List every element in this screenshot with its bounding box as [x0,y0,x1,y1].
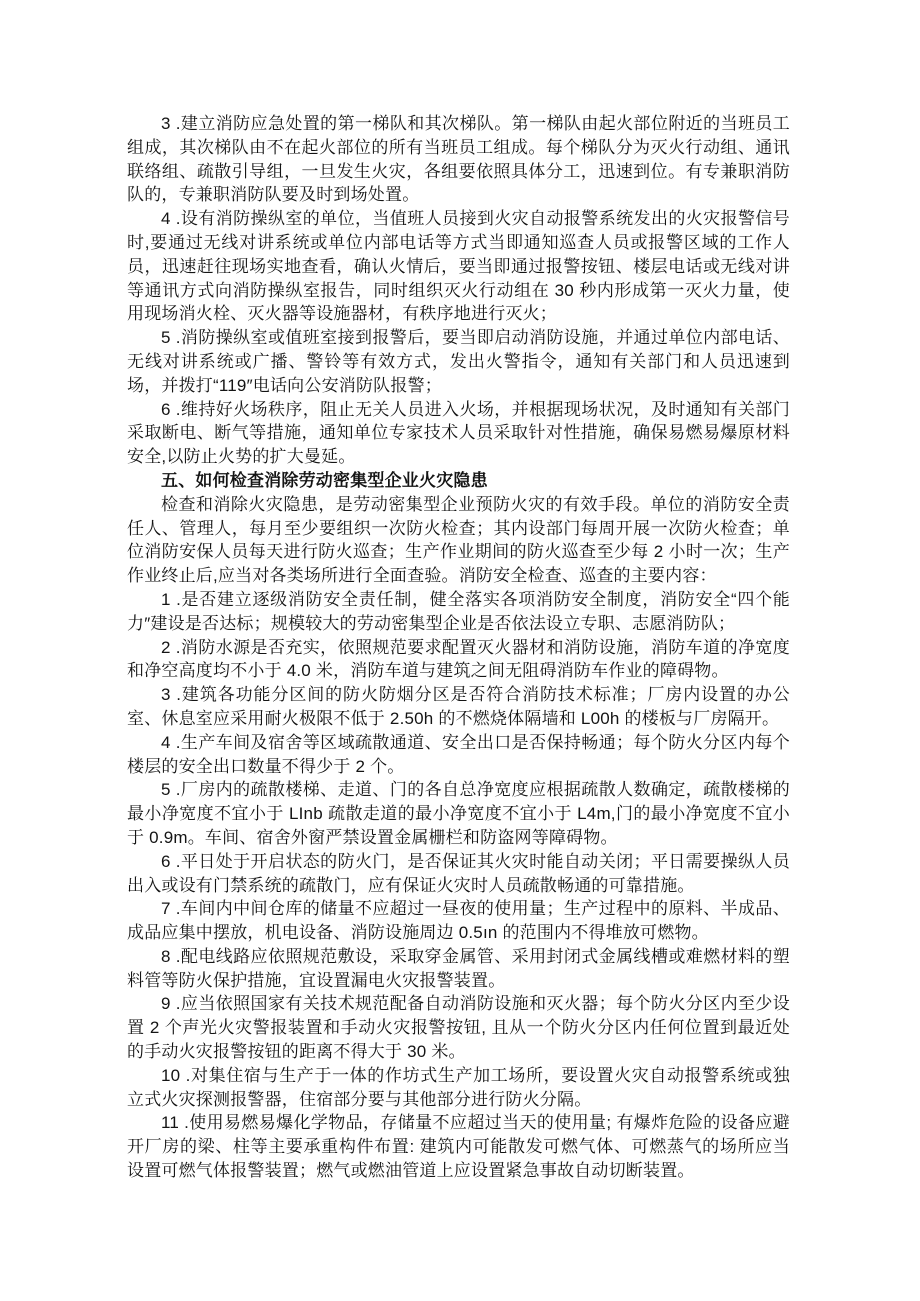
checklist-item-5: 5 .厂房内的疏散楼梯、走道、门的各自总净宽度应根据疏散人数确定，疏散楼梯的最小… [127,778,790,849]
section-heading-five: 五、如何检查消除劳动密集型企业火灾隐患 [127,469,790,493]
paragraph-item-5: 5 .消防操纵室或值班室接到报警后，要当即启动消防设施，并通过单位内部电话、无线… [127,326,790,397]
checklist-item-3: 3 .建筑各功能分区间的防火防烟分区是否符合消防技术标准；厂房内设置的办公室、休… [127,683,790,731]
checklist-item-1: 1 .是否建立逐级消防安全责任制，健全落实各项消防安全制度，消防安全“四个能力″… [127,588,790,636]
checklist-item-6: 6 .平日处于开启状态的防火门，是否保证其火灾时能自动关闭；平日需要操纵人员出入… [127,850,790,898]
paragraph-intro-inspection: 检查和消除火灾隐患，是劳动密集型企业预防火灾的有效手段。单位的消防安全责任人、管… [127,493,790,588]
document-page: 3 .建立消防应急处置的第一梯队和其次梯队。第一梯队由起火部位附近的当班员工组成… [0,0,920,1301]
checklist-item-4: 4 .生产车间及宿舍等区域疏散通道、安全出口是否保持畅通；每个防火分区内每个楼层… [127,731,790,779]
checklist-item-11: 11 .使用易燃易爆化学物品，存储量不应超过当天的使用量; 有爆炸危险的设备应避… [127,1111,790,1182]
paragraph-item-4: 4 .设有消防操纵室的单位，当值班人员接到火灾自动报警系统发出的火灾报警信号时,… [127,207,790,326]
checklist-item-8: 8 .配电线路应依照规范敷设，采取穿金属管、采用封闭式金属线槽或难燃材料的塑料管… [127,945,790,993]
checklist-item-2: 2 .消防水源是否充实，依照规范要求配置灭火器材和消防设施，消防车道的净宽度和净… [127,636,790,684]
checklist-item-9: 9 .应当依照国家有关技术规范配备自动消防设施和灭火器；每个防火分区内至少设置 … [127,992,790,1063]
paragraph-item-6: 6 .维持好火场秩序，阻止无关人员进入火场，并根据现场状况，及时通知有关部门采取… [127,398,790,469]
document-body: 3 .建立消防应急处置的第一梯队和其次梯队。第一梯队由起火部位附近的当班员工组成… [127,112,790,1183]
checklist-item-7: 7 .车间内中间仓库的储量不应超过一昼夜的使用量；生产过程中的原料、半成品、成品… [127,897,790,945]
checklist-item-10: 10 .对集住宿与生产于一体的作坊式生产加工场所，要设置火灾自动报警系统或独立式… [127,1064,790,1112]
paragraph-item-3: 3 .建立消防应急处置的第一梯队和其次梯队。第一梯队由起火部位附近的当班员工组成… [127,112,790,207]
